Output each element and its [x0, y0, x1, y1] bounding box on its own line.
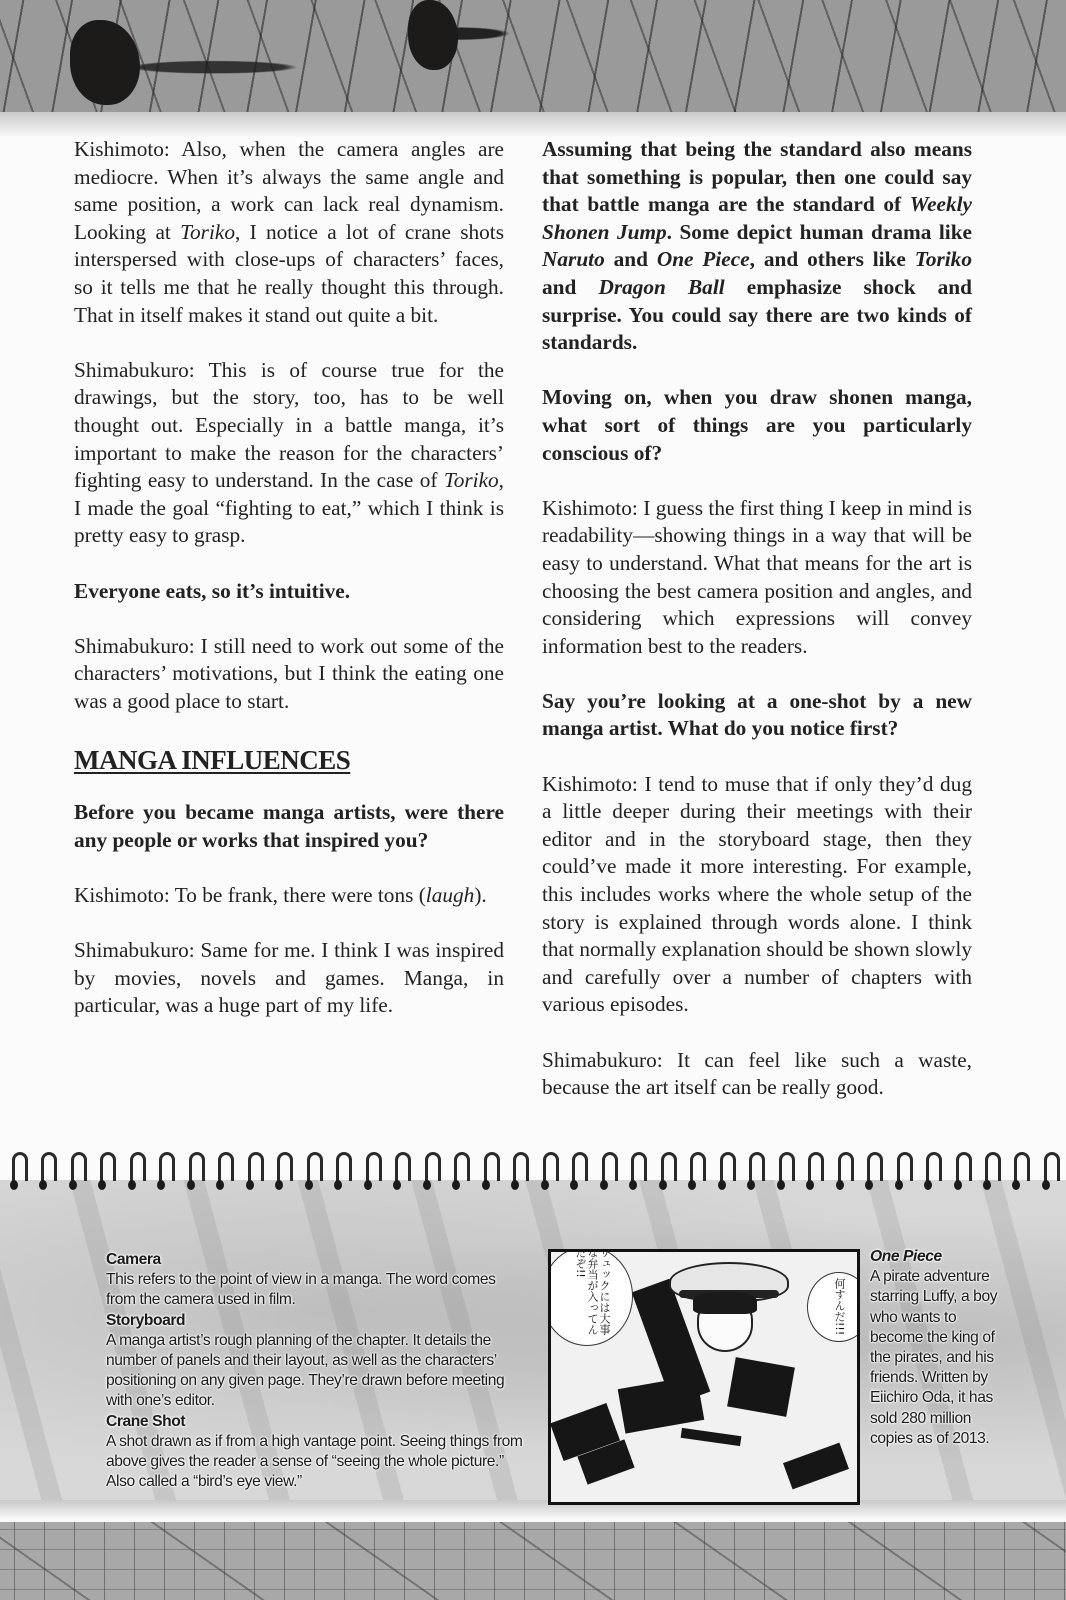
paragraph-shimabukuro-waste: Shimabukuro: It can feel like such a was… [542, 1047, 972, 1102]
spiral-coil-icon [952, 1150, 970, 1192]
spiral-coil-icon [126, 1150, 144, 1192]
speech-bubble: リュックには大事な弁当が入ってんだぞ!! [548, 1249, 633, 1346]
ink-shape [783, 1443, 849, 1490]
interviewer-question: Assuming that being the standard also me… [542, 136, 972, 357]
section-heading: MANGA INFLUENCES [74, 743, 504, 777]
paragraph-kishimoto-one-shot: Kishimoto: I tend to muse that if only t… [542, 771, 972, 1019]
spiral-coil-icon [185, 1150, 203, 1192]
glossary-definition: This refers to the point of view in a ma… [106, 1270, 526, 1310]
interviewer-question: Moving on, when you draw shonen manga, w… [542, 384, 972, 467]
ink-shape [70, 20, 140, 105]
character-hair [693, 1292, 757, 1314]
glossary-definition: A shot drawn as if from a high vantage p… [106, 1432, 526, 1493]
spiral-coil-icon [391, 1150, 409, 1192]
ink-shape [618, 1375, 705, 1433]
glossary-term: Crane Shot [106, 1412, 526, 1432]
one-piece-manga-panel: リュックには大事な弁当が入ってんだぞ!! 何すんだ!!! [548, 1249, 860, 1505]
spiral-coil-icon [627, 1150, 645, 1192]
speech-bubble: 何すんだ!!! [807, 1272, 860, 1342]
text-segment: Kishimoto: To be frank, there were tons … [74, 883, 426, 907]
title-toriko: Toriko [444, 468, 499, 492]
footer-illustration-band [0, 1522, 1066, 1600]
spiral-coil-icon [421, 1150, 439, 1192]
paragraph-shimabukuro-story: Shimabukuro: This is of course true for … [74, 357, 504, 550]
glossary-term: Storyboard [106, 1311, 526, 1331]
ink-shape [727, 1357, 795, 1417]
paragraph-kishimoto-tons: Kishimoto: To be frank, there were tons … [74, 882, 504, 910]
paragraph-kishimoto-readability: Kishimoto: I guess the first thing I kee… [542, 495, 972, 661]
spiral-coil-icon [775, 1150, 793, 1192]
spiral-coil-icon [480, 1150, 498, 1192]
interviewer-question: Everyone eats, so it’s intuitive. [74, 578, 504, 606]
ink-shape [681, 1428, 742, 1446]
text-segment: , and others like [750, 247, 915, 271]
paragraph-shimabukuro-inspired: Shimabukuro: Same for me. I think I was … [74, 937, 504, 1020]
text-segment: Assuming that being the standard also me… [542, 137, 972, 216]
spiral-coil-icon [834, 1150, 852, 1192]
spiral-coil-icon [745, 1150, 763, 1192]
article-column-right: Assuming that being the standard also me… [542, 136, 972, 1129]
spiral-coil-icon [509, 1150, 527, 1192]
text-segment: and [605, 247, 657, 271]
spiral-coil-icon [96, 1150, 114, 1192]
spiral-coil-icon [922, 1150, 940, 1192]
paragraph-kishimoto-camera: Kishimoto: Also, when the camera angles … [74, 136, 504, 329]
spiral-coil-icon [539, 1150, 557, 1192]
spiral-coil-icon [657, 1150, 675, 1192]
glossary-definition: A pirate adventure starring Luffy, a boy… [870, 1267, 1000, 1449]
spiral-coil-icon [804, 1150, 822, 1192]
spiral-coil-icon [332, 1150, 350, 1192]
spiral-coil-icon [67, 1150, 85, 1192]
spiral-coil-icon [155, 1150, 173, 1192]
glossary-sidebar: One Piece A pirate adventure starring Lu… [870, 1247, 1000, 1449]
spiral-coil-icon [568, 1150, 586, 1192]
glossary-term: One Piece [870, 1247, 1000, 1267]
interviewer-question: Say you’re looking at a one-shot by a ne… [542, 688, 972, 743]
spiral-coil-icon [893, 1150, 911, 1192]
spiral-binding [0, 1150, 1066, 1200]
title-one-piece: One Piece [657, 247, 750, 271]
title-dragon-ball: Dragon Ball [598, 275, 724, 299]
spiral-coil-icon [303, 1150, 321, 1192]
spiral-coil-icon [244, 1150, 262, 1192]
spiral-coil-icon [37, 1150, 55, 1192]
text-segment: and [542, 275, 598, 299]
spiral-coil-icon [450, 1150, 468, 1192]
spiral-coil-icon [863, 1150, 881, 1192]
spiral-coil-icon [716, 1150, 734, 1192]
spiral-coil-icon [598, 1150, 616, 1192]
spiral-coil-icon [1040, 1150, 1058, 1192]
text-segment: . Some depict human drama like [667, 220, 972, 244]
glossary-list: Camera This refers to the point of view … [106, 1250, 526, 1492]
spiral-coil-icon [981, 1150, 999, 1192]
aside-laugh: laugh [426, 883, 475, 907]
glossary-definition: A manga artist’s rough planning of the c… [106, 1331, 526, 1412]
spiral-coil-icon [214, 1150, 232, 1192]
spiral-coil-icon [362, 1150, 380, 1192]
header-illustration-band [0, 0, 1066, 112]
ink-shape [408, 0, 458, 70]
text-segment: ). [474, 883, 486, 907]
title-toriko: Toriko [915, 247, 972, 271]
title-naruto: Naruto [542, 247, 605, 271]
title-toriko: Toriko [180, 220, 235, 244]
glossary-term: Camera [106, 1250, 526, 1270]
spiral-coil-icon [686, 1150, 704, 1192]
paragraph-shimabukuro-motivations: Shimabukuro: I still need to work out so… [74, 633, 504, 716]
text-segment: Shimabukuro: This is of course true for … [74, 358, 504, 492]
spiral-coil-icon [8, 1150, 26, 1192]
article-column-left: Kishimoto: Also, when the camera angles … [74, 136, 504, 1047]
interviewer-question: Before you became manga artists, were th… [74, 799, 504, 854]
spiral-coil-icon [273, 1150, 291, 1192]
spiral-coil-icon [1010, 1150, 1028, 1192]
